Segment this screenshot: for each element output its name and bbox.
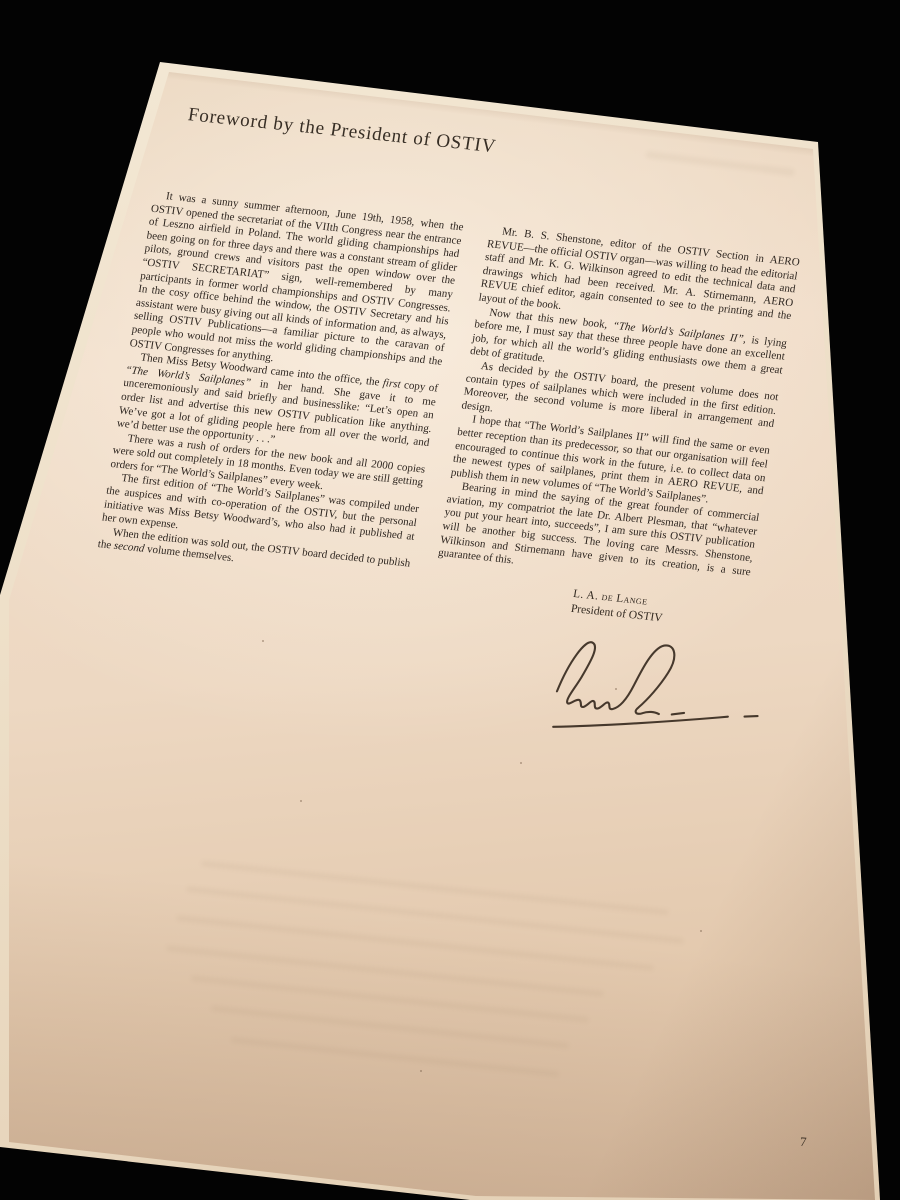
speck [700,930,702,932]
speck [520,762,522,764]
handwritten-signature-icon [532,620,740,747]
two-column-text: It was a sunny summer afternoon, June 19… [76,189,832,751]
printed-page-content: Foreword by the President of OSTIV It wa… [59,100,847,751]
speck [300,800,302,802]
right-column-paragraphs: Mr. B. S. Shenstone, editor of the OSTIV… [437,224,801,593]
ghost-line [231,1037,560,1077]
right-column: Mr. B. S. Shenstone, editor of the OSTIV… [413,224,801,747]
page-number: 7 [799,1134,807,1150]
speck [420,1070,422,1072]
paragraph: It was a sunny summer afternoon, June 19… [129,189,465,383]
ghost-line [186,886,684,944]
left-column: It was a sunny summer afternoon, June 19… [76,189,464,712]
ghost-line [201,860,669,915]
photo-backdrop: Foreword by the President of OSTIV It wa… [0,0,900,1200]
ghost-line [176,915,654,971]
